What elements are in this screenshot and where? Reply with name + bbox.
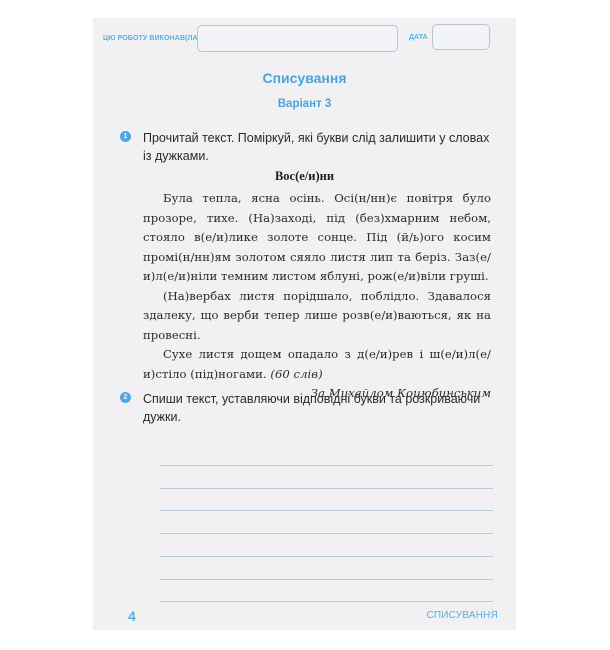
date-label: Дата	[409, 34, 428, 41]
writing-line[interactable]	[160, 510, 493, 511]
task-instruction: Спиши текст, уставляючи відповідні букви…	[143, 390, 493, 426]
task-number-icon: 2	[120, 392, 131, 403]
task-number-icon: 1	[120, 131, 131, 142]
writing-line[interactable]	[160, 533, 493, 534]
performed-by-label: Цю роботу виконав(ла)	[103, 35, 200, 42]
writing-line[interactable]	[160, 579, 493, 580]
reading-text: Була тепла, ясна осінь. Осі(н/нн)є повіт…	[143, 189, 491, 404]
variant-subtitle: Варіант 3	[93, 98, 516, 110]
writing-line[interactable]	[160, 488, 493, 489]
page-number: 4	[128, 608, 136, 624]
writing-line[interactable]	[160, 556, 493, 557]
reading-title: Вос(е/и)ни	[93, 169, 516, 184]
section-label: СПИСУВАННЯ	[426, 610, 498, 621]
reading-paragraph: Сухе листя дощем опадало з д(е/и)рев і ш…	[143, 345, 491, 384]
date-field[interactable]	[432, 24, 490, 50]
writing-line[interactable]	[160, 465, 493, 466]
page-title: Списування	[93, 70, 516, 86]
writing-line[interactable]	[160, 601, 493, 602]
word-count: (60 слів)	[270, 367, 322, 381]
workbook-page: Цю роботу виконав(ла) Дата Списування Ва…	[93, 18, 516, 630]
student-name-field[interactable]	[197, 25, 398, 52]
task-instruction: Прочитай текст. Поміркуй, які букви слід…	[143, 129, 493, 165]
reading-paragraph: Була тепла, ясна осінь. Осі(н/нн)є повіт…	[143, 189, 491, 287]
reading-paragraph: (На)вербах листя порідшало, поблідло. Зд…	[143, 287, 491, 346]
